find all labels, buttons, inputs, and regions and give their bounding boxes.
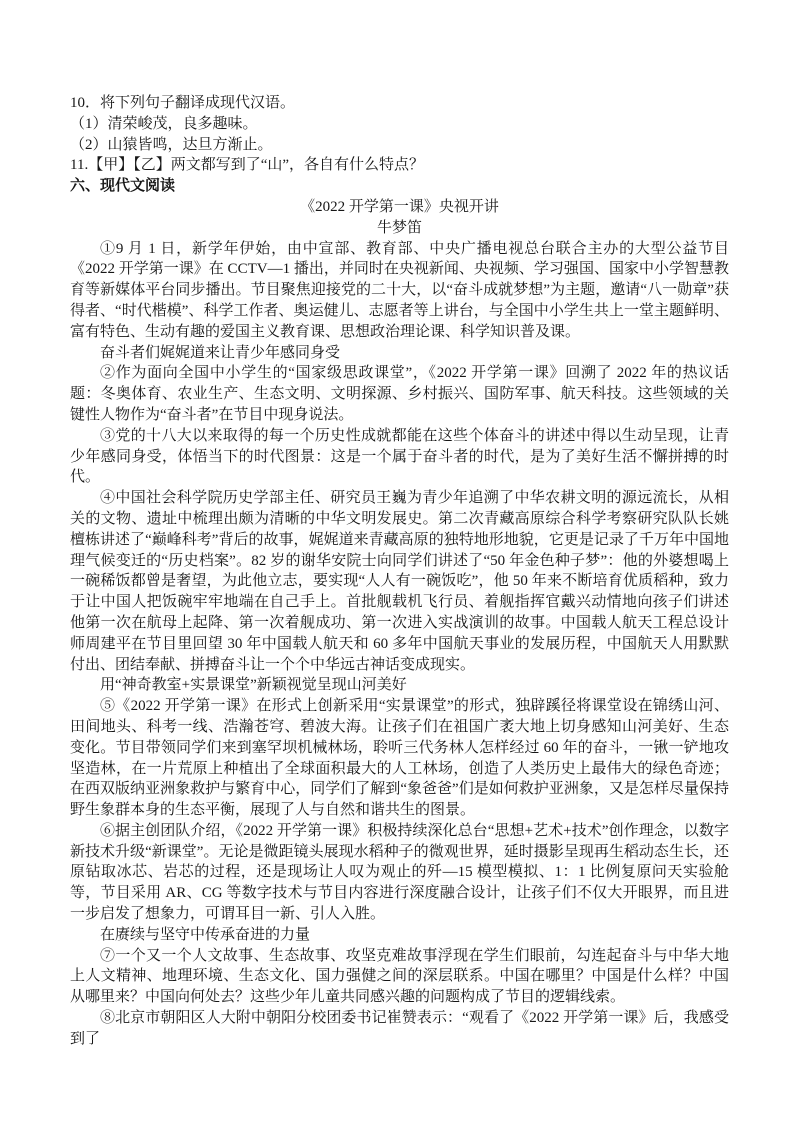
article-paragraph-7: ⑦一个又一个人文故事、生态故事、攻坚克难故事浮现在学生们眼前，勾连起奋斗与中华大…	[70, 946, 729, 1008]
article-paragraph-8: ⑧北京市朝阳区人大附中朝阳分校团委书记崔赞表示：“观看了《2022 开学第一课》…	[70, 1008, 729, 1050]
question-10-sub-2: （2）山猿皆鸣，达旦方渐止。	[70, 135, 729, 156]
section-heading-modern-text-reading: 六、现代文阅读	[70, 176, 729, 197]
article-title: 《2022 开学第一课》央视开讲	[70, 197, 729, 218]
document-page: 10．将下列句子翻译成现代汉语。 （1）清荣峻茂，良多趣味。 （2）山猿皆鸣，达…	[0, 0, 793, 1122]
question-11: 11.【甲】【乙】两文都写到了“山”，各自有什么特点？	[70, 155, 729, 176]
article-author: 牛梦笛	[70, 218, 729, 239]
article-subheading-1: 奋斗者们娓娓道来让青少年感同身受	[70, 343, 729, 364]
question-10-sub-1: （1）清荣峻茂，良多趣味。	[70, 114, 729, 135]
article-paragraph-2: ②作为面向全国中小学生的“国家级思政课堂”，《2022 开学第一课》回溯了 20…	[70, 363, 729, 425]
article-paragraph-3: ③党的十八大以来取得的每一个历史性成就都能在这些个体奋斗的讲述中得以生动呈现，让…	[70, 426, 729, 488]
article-paragraph-5: ⑤《2022 开学第一课》在形式上创新采用“实景课堂”的形式，独辟蹊径将课堂设在…	[70, 696, 729, 821]
article-subheading-2: 用“神奇教室+实景课堂”新颖视觉呈现山河美好	[70, 675, 729, 696]
article-paragraph-6: ⑥据主创团队介绍，《2022 开学第一课》积极持续深化总台“思想+艺术+技术”创…	[70, 821, 729, 925]
article-subheading-3: 在赓续与坚守中传承奋进的力量	[70, 925, 729, 946]
question-10: 10．将下列句子翻译成现代汉语。	[70, 93, 729, 114]
article-paragraph-4: ④中国社会科学院历史学部主任、研究员王巍为青少年追溯了中华农耕文明的源远流长，从…	[70, 488, 729, 675]
article-paragraph-1: ①9 月 1 日，新学年伊始，由中宣部、教育部、中央广播电视总台联合主办的大型公…	[70, 239, 729, 343]
